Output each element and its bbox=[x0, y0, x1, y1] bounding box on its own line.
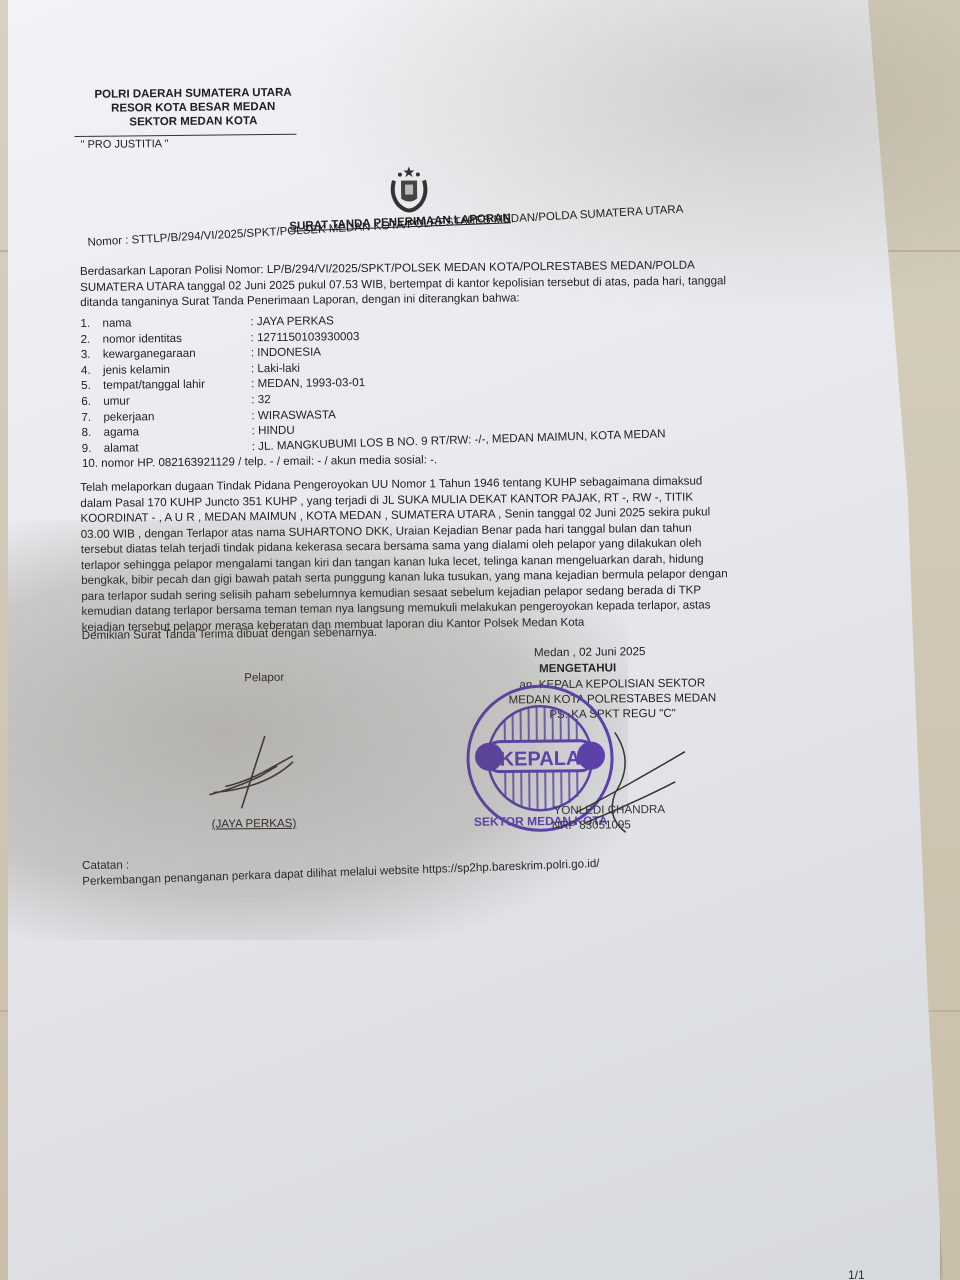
acknowledged-label: MENGETAHUI bbox=[539, 660, 616, 676]
row-number: 4. bbox=[81, 363, 103, 379]
row-number: 9. bbox=[82, 441, 104, 457]
row-number: 5. bbox=[81, 378, 103, 394]
header-line: RESOR KOTA BESAR MEDAN bbox=[88, 100, 298, 116]
row-label: tempat/tanggal lahir bbox=[103, 377, 251, 394]
official-nrp: NRP 83051095 bbox=[552, 817, 631, 833]
row-label: alamat bbox=[104, 439, 252, 456]
issuer-header: POLRI DAERAH SUMATERA UTARA RESOR KOTA B… bbox=[88, 86, 298, 130]
note-label: Catatan : bbox=[82, 858, 129, 874]
reporter-identity-list: 1.nama: JAYA PERKAS 2.nomor identitas: 1… bbox=[80, 309, 702, 471]
row-label: pekerjaan bbox=[103, 408, 251, 425]
reporter-name: (JAYA PERKAS) bbox=[212, 816, 297, 832]
row-number: 6. bbox=[81, 394, 103, 410]
row-number: 7. bbox=[81, 409, 103, 425]
intro-paragraph: Berdasarkan Laporan Polisi Nomor: LP/B/2… bbox=[80, 257, 740, 310]
reporter-signature bbox=[205, 726, 316, 817]
page-number: 1/1 bbox=[848, 1268, 865, 1280]
row-label: nomor identitas bbox=[103, 330, 251, 347]
police-crest-icon bbox=[386, 164, 433, 212]
closing-statement: Demikian Surat Tanda Terima dibuat denga… bbox=[82, 625, 378, 644]
row-label: agama bbox=[104, 423, 252, 440]
row-number: 2. bbox=[81, 331, 103, 347]
pro-justitia: " PRO JUSTITIA " bbox=[81, 137, 169, 153]
incident-description: Telah melaporkan dugaan Tindak Pidana Pe… bbox=[80, 473, 758, 635]
header-line: SEKTOR MEDAN KOTA bbox=[88, 114, 298, 130]
place-date: Medan , 02 Juni 2025 bbox=[534, 644, 646, 661]
official-name: YONLEDI CHANDRA bbox=[554, 802, 666, 819]
row-label: kewarganegaraan bbox=[103, 345, 251, 362]
row-number: 3. bbox=[81, 347, 103, 363]
reporter-label: Pelapor bbox=[244, 670, 284, 686]
row-label: umur bbox=[103, 392, 251, 409]
row-number: 1. bbox=[80, 316, 102, 332]
row-number: 8. bbox=[82, 425, 104, 441]
row-label: nama bbox=[102, 314, 250, 331]
row-label: jenis kelamin bbox=[103, 361, 251, 378]
